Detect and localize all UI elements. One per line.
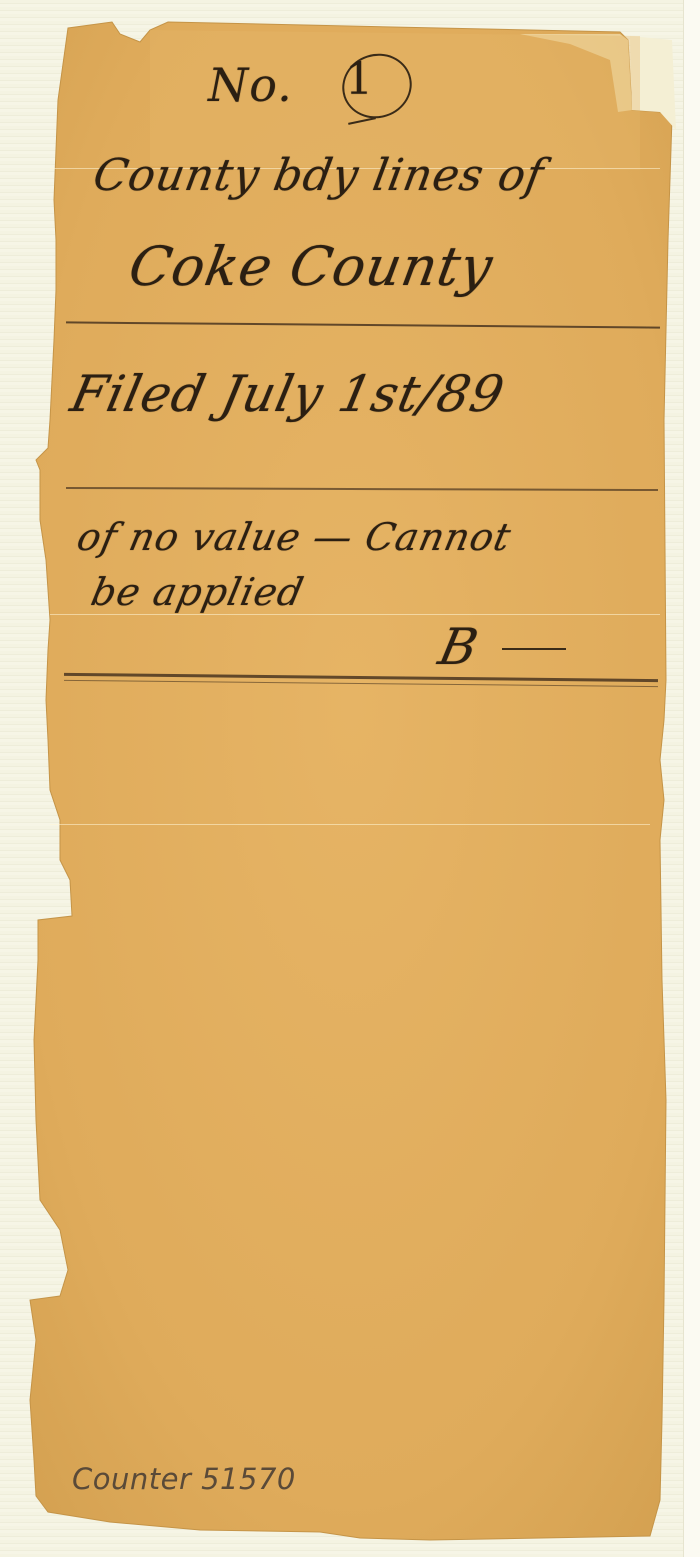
note-line-1: of no value — Cannot	[73, 515, 515, 559]
docket-title-line-2: Coke County	[124, 235, 497, 298]
scanned-document-page: No. 1 County bdy lines of Coke County Fi…	[0, 0, 700, 1557]
docket-number-prefix: No.	[208, 58, 293, 112]
fold-crease	[50, 824, 650, 825]
fold-crease	[50, 614, 660, 615]
docket-number: 1	[345, 54, 374, 105]
docket-title-line-1: County bdy lines of	[90, 150, 548, 201]
signature-dash	[502, 648, 566, 650]
counter-number-annotation: Counter 51570	[72, 1462, 296, 1496]
kraft-paper-sheet	[0, 0, 700, 1557]
note-line-2: be applied	[87, 570, 308, 614]
filed-date-line: Filed July 1st/89	[66, 365, 510, 423]
